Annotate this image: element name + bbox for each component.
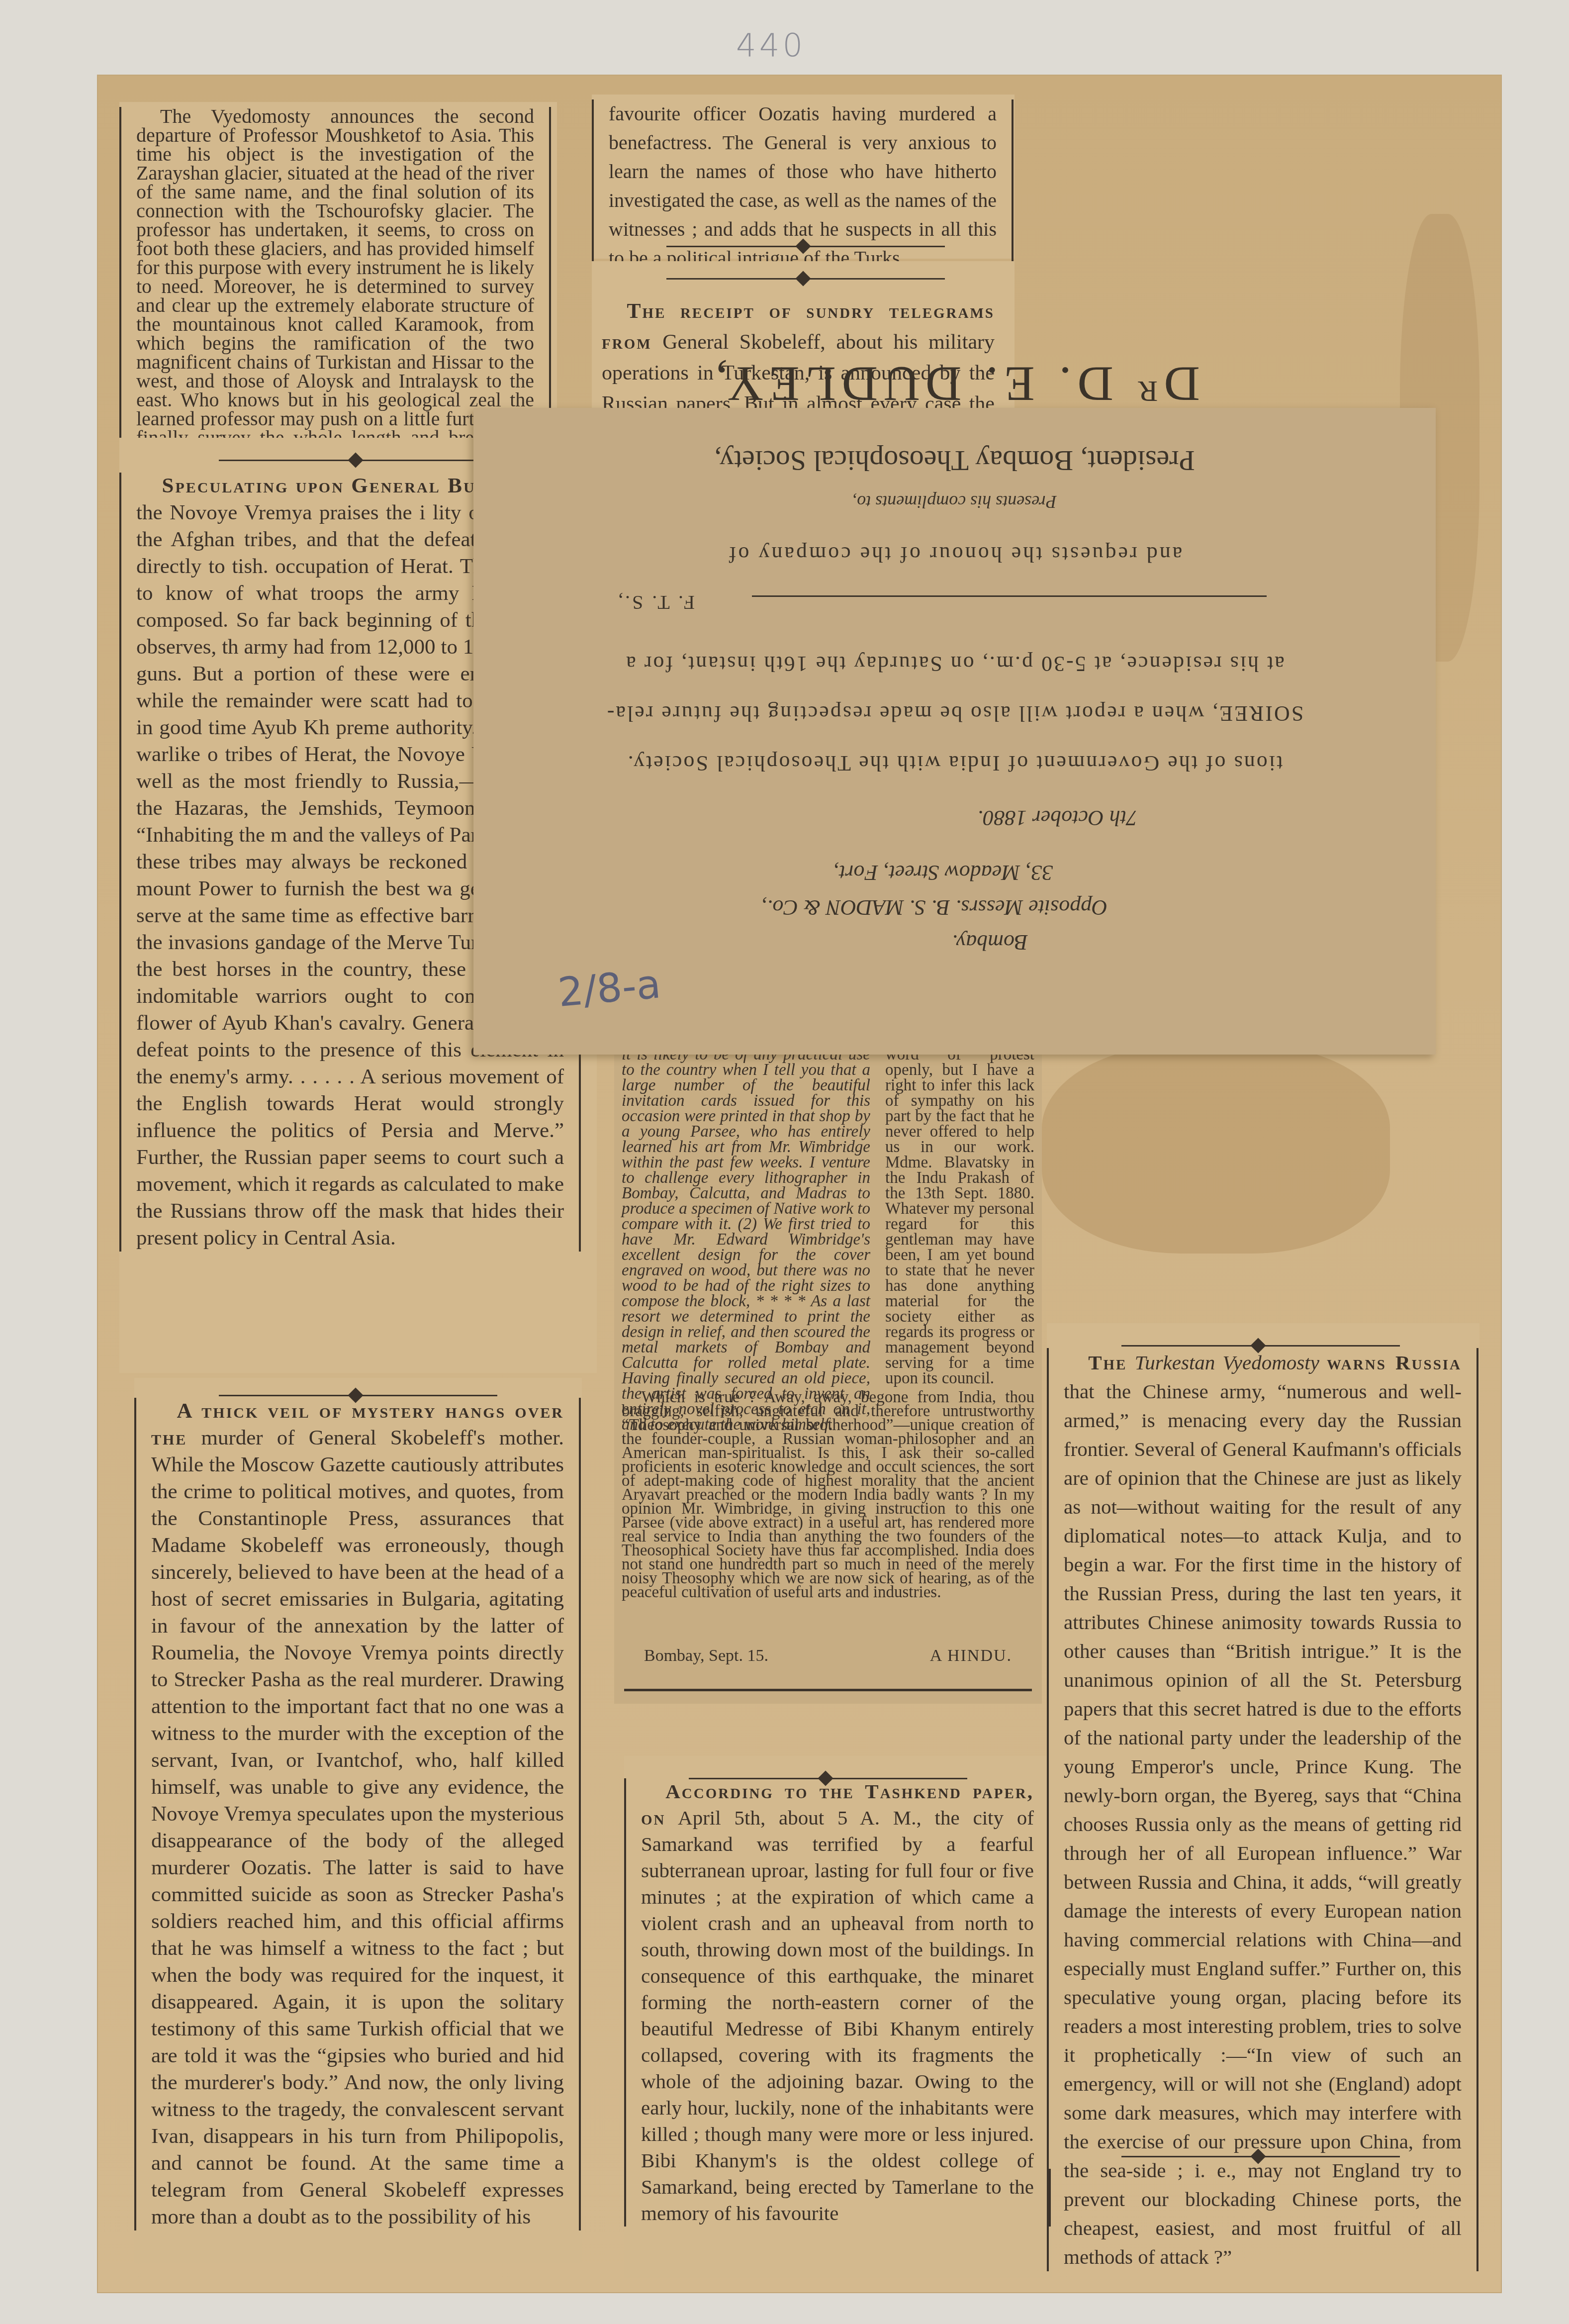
letter-end-rule [624,1689,1032,1691]
letter-body: Which is true ? Away, away, begone from … [622,1390,1034,1599]
clipping-skobeleff-mother: A thick veil of mystery hangs over the m… [134,1378,582,2263]
pencil-annotation: 2/8-a [556,961,662,1016]
card-fts: F. T. S., [616,591,695,614]
letter-place-date: Bombay, Sept. 15. [644,1646,768,1665]
card-requests: and requests the honour of the company o… [473,542,1436,567]
card-line-3: tions of the Government of India with th… [473,751,1436,776]
clipping-heading: Speculating upon General Burro [162,474,514,497]
card-line-2: SOIREE, when a report will also be made … [473,701,1436,726]
letter-left-column: it is likely to be of any practical use … [622,1047,870,1433]
clipping-samarkand: According to the Tashkend paper, on Apri… [624,1756,1052,2278]
card-address-1: 33, Meadow Street, Fort, [833,860,1053,885]
card-address-3: Bombay. [952,930,1028,955]
page-number: 440 [736,27,806,64]
card-address-2: Opposite Messrs. B. S. MADON & Co., [762,895,1108,920]
card-title: President, Bombay Theosophical Society, [473,444,1436,478]
card-presents: Presents his compliments to, [473,491,1436,512]
invitation-card: Dᴿ D. E. DUDLEY, President, Bombay Theos… [473,408,1436,1055]
section-divider [1121,2149,1400,2164]
section-divider [219,453,497,468]
clipping-hindu-letter: it is likely to be of any practical use … [614,1047,1042,1704]
clipping-oozatis: favourite officer Oozatis having murdere… [592,95,1015,259]
section-divider [666,239,945,254]
letter-signature: A HINDU. [930,1646,1012,1665]
card-date: 7th October 1880. [978,805,1137,831]
section-divider [666,271,945,286]
clipping-chinese-army: The Turkestan Vyedomosty warns Russia th… [1047,1323,1479,2169]
card-guest-line [752,595,1267,597]
letter-right-column: word of protest openly, but I have a rig… [885,1047,1034,1386]
card-name: Dᴿ D. E. DUDLEY, [473,356,1436,413]
card-line-1: at his residence, at 5-30 p.m., on Satur… [473,651,1436,677]
water-stain [1042,1045,1390,1254]
